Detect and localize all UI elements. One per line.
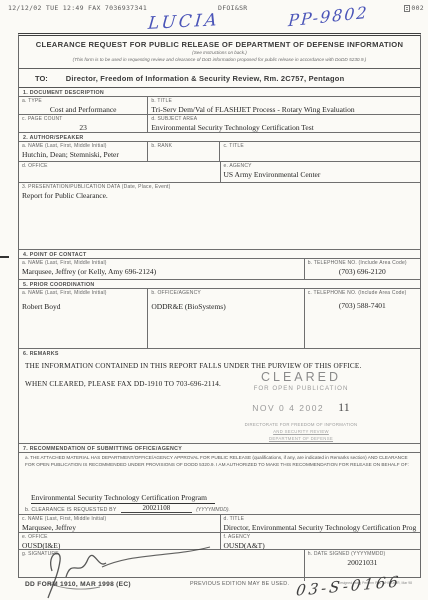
field-coord-name-value: Robert Boyd xyxy=(22,302,144,311)
section3-value: Report for Public Clearance. xyxy=(22,191,417,200)
section1-row2: c. PAGE COUNT 23 d. SUBJECT AREA Environ… xyxy=(19,115,420,133)
section5-heading: 5. PRIOR COORDINATION xyxy=(19,280,420,289)
field-author-name-value: Hutchin, Dean; Stemniski, Peter xyxy=(22,150,144,159)
field-coord-name-label: a. NAME (Last, First, Middle Initial) xyxy=(22,290,144,297)
field-subject-area-label: d. SUBJECT AREA xyxy=(151,116,417,123)
section7-name-title-row: c. NAME (Last, First, Middle Initial) Ma… xyxy=(19,515,420,533)
field-coord-phone-value: (703) 588-7401 xyxy=(308,301,417,310)
field-author-rank: b. RANK xyxy=(147,142,219,161)
field-author-agency-label: e. AGENCY xyxy=(224,163,418,170)
field-page-count: c. PAGE COUNT 23 xyxy=(19,115,147,132)
field-author-office: d. OFFICE xyxy=(19,162,220,182)
field-poc-name: a. NAME (Last, First, Middle Initial) Ma… xyxy=(19,259,304,279)
section4-row: a. NAME (Last, First, Middle Initial) Ma… xyxy=(19,259,420,280)
section3-heading: 3. PRESENTATION/PUBLICATION DATA (Date, … xyxy=(22,184,417,191)
field-submitter-office: e. OFFICE OUSD(I&E) xyxy=(19,533,220,549)
section7-heading: 7. RECOMMENDATION OF SUBMITTING OFFICE/A… xyxy=(19,444,420,453)
section2-heading: 2. AUTHOR/SPEAKER xyxy=(19,133,420,142)
section1-row1: a. TYPE Cost and Performance b. TITLE Tr… xyxy=(19,97,420,115)
field-submitter-title: d. TITLE Director, Environmental Securit… xyxy=(220,515,421,532)
remarks-line1: THE INFORMATION CONTAINED IN THIS REPORT… xyxy=(25,362,420,370)
field-author-agency: e. AGENCY US Army Environmental Center xyxy=(220,162,421,182)
field-signature-label: g. SIGNATURE xyxy=(22,551,301,558)
field-doc-title-label: b. TITLE xyxy=(151,98,417,105)
section6-heading: 6. REMARKS xyxy=(19,349,420,358)
field-submitter-office-value: OUSD(I&E) xyxy=(22,541,217,549)
section2-row2: d. OFFICE e. AGENCY US Army Environmenta… xyxy=(19,162,420,183)
field-coord-phone: c. TELEPHONE NO. (Include Area Code) (70… xyxy=(304,289,420,348)
field-author-title-label: c. TITLE xyxy=(223,143,417,150)
handwritten-name: LUCIA xyxy=(147,10,220,34)
section4-heading: 4. POINT OF CONTACT xyxy=(19,250,420,259)
field-poc-name-value: Marqusee, Jeffrey (or Kelly, Amy 696-212… xyxy=(22,267,301,276)
field-submitter-name-value: Marqusee, Jeffrey xyxy=(22,523,217,532)
fax-page-number: 002 xyxy=(411,4,424,12)
field-submitter-office-label: e. OFFICE xyxy=(22,534,217,541)
form-title: CLEARANCE REQUEST FOR PUBLIC RELEASE OF … xyxy=(19,40,420,49)
clearance-request-label: b. CLEARANCE IS REQUESTED BY xyxy=(25,507,117,513)
field-type: a. TYPE Cost and Performance xyxy=(19,97,147,114)
field-poc-name-label: a. NAME (Last, First, Middle Initial) xyxy=(22,260,301,267)
field-coord-phone-label: c. TELEPHONE NO. (Include Area Code) xyxy=(308,290,417,297)
dd-form-1910: CLEARANCE REQUEST FOR PUBLIC RELEASE OF … xyxy=(18,33,421,578)
section1-heading: 1. DOCUMENT DESCRIPTION xyxy=(19,88,420,97)
section7-office-agency-row: e. OFFICE OUSD(I&E) f. AGENCY OUSD(A&T) xyxy=(19,533,420,550)
section3-presentation-data: 3. PRESENTATION/PUBLICATION DATA (Date, … xyxy=(19,183,420,250)
fax-page-indicator: 002 xyxy=(404,4,424,12)
field-poc-phone-label: b. TELEPHONE NO. (Include Area Code) xyxy=(308,260,417,267)
field-author-name-label: a. NAME (Last, First, Middle Initial) xyxy=(22,143,144,150)
field-doc-title: b. TITLE Tri-Serv Dem/Val of FLASHJET Pr… xyxy=(147,97,420,114)
recommendation-paragraph: a. THE ATTACHED MATERIAL HAS DEPARTMENT/… xyxy=(19,453,420,487)
field-type-value: Cost and Performance xyxy=(22,105,144,114)
field-coord-office: b. OFFICE/AGENCY ODDR&E (BioSystems) xyxy=(147,289,303,348)
field-date-signed-value: 20021031 xyxy=(308,558,417,567)
scan-artifact-dash xyxy=(0,256,9,258)
field-author-office-label: d. OFFICE xyxy=(22,163,217,170)
to-row: TO: Director, Freedom of Information & S… xyxy=(19,69,420,88)
field-poc-phone-value: (703) 696-2120 xyxy=(308,267,417,276)
field-submitter-agency-label: f. AGENCY xyxy=(224,534,418,541)
section6-remarks: 6. REMARKS THE INFORMATION CONTAINED IN … xyxy=(19,349,420,444)
field-author-rank-label: b. RANK xyxy=(151,143,216,150)
to-label: TO: xyxy=(35,74,48,83)
form-subtitle: (See Instructions on back.) xyxy=(19,50,420,55)
field-date-signed-label: h. DATE SIGNED (YYYYMMDD) xyxy=(308,551,417,558)
field-submitter-agency: f. AGENCY OUSD(A&T) xyxy=(220,533,421,549)
field-author-name: a. NAME (Last, First, Middle Initial) Hu… xyxy=(19,142,147,161)
field-submitter-title-label: d. TITLE xyxy=(224,516,418,523)
field-submitter-title-value: Director, Environmental Security Technol… xyxy=(224,523,418,532)
org-name-line: Environmental Security Technology Certif… xyxy=(19,487,420,502)
form-instruction: (This form is to be used in requesting r… xyxy=(19,57,420,62)
field-subject-area-value: Environmental Security Technology Certif… xyxy=(151,123,417,132)
clearance-request-suffix: (YYYYMMDD). xyxy=(196,507,230,513)
field-submitter-agency-value: OUSD(A&T) xyxy=(224,541,418,549)
field-page-count-value: 23 xyxy=(22,123,144,132)
field-subject-area: d. SUBJECT AREA Environmental Security T… xyxy=(147,115,420,132)
scanned-fax-document: 12/12/02 TUE 12:49 FAX 7036937341 DFOI&S… xyxy=(0,0,428,600)
field-poc-phone: b. TELEPHONE NO. (Include Area Code) (70… xyxy=(304,259,420,279)
field-submitter-name: c. NAME (Last, First, Middle Initial) Ma… xyxy=(19,515,220,532)
field-coord-office-label: b. OFFICE/AGENCY xyxy=(151,290,300,297)
field-type-label: a. TYPE xyxy=(22,98,144,105)
section2-row1: a. NAME (Last, First, Middle Initial) Hu… xyxy=(19,142,420,162)
section5-row: a. NAME (Last, First, Middle Initial) Ro… xyxy=(19,289,420,349)
clearance-request-date: 20021108 xyxy=(121,504,193,513)
field-author-agency-value: US Army Environmental Center xyxy=(224,170,418,179)
form-title-block: CLEARANCE REQUEST FOR PUBLIC RELEASE OF … xyxy=(19,36,420,69)
field-page-count-label: c. PAGE COUNT xyxy=(22,116,144,123)
field-doc-title-value: Tri-Serv Dem/Val of FLASHJET Process - R… xyxy=(151,105,417,114)
remarks-line2: WHEN CLEARED, PLEASE FAX DD-1910 TO 703-… xyxy=(25,380,420,388)
field-author-title: c. TITLE xyxy=(219,142,420,161)
footer-form-id: DD FORM 1910, MAR 1998 (EC) xyxy=(25,581,190,588)
to-value: Director, Freedom of Information & Secur… xyxy=(66,74,345,83)
field-coord-name: a. NAME (Last, First, Middle Initial) Ro… xyxy=(19,289,147,348)
fax-page-icon xyxy=(404,5,410,12)
field-signature: g. SIGNATURE xyxy=(19,550,304,581)
field-coord-office-value: ODDR&E (BioSystems) xyxy=(151,302,300,311)
field-submitter-name-label: c. NAME (Last, First, Middle Initial) xyxy=(22,516,217,523)
org-name-value: Environmental Security Technology Certif… xyxy=(31,492,215,504)
